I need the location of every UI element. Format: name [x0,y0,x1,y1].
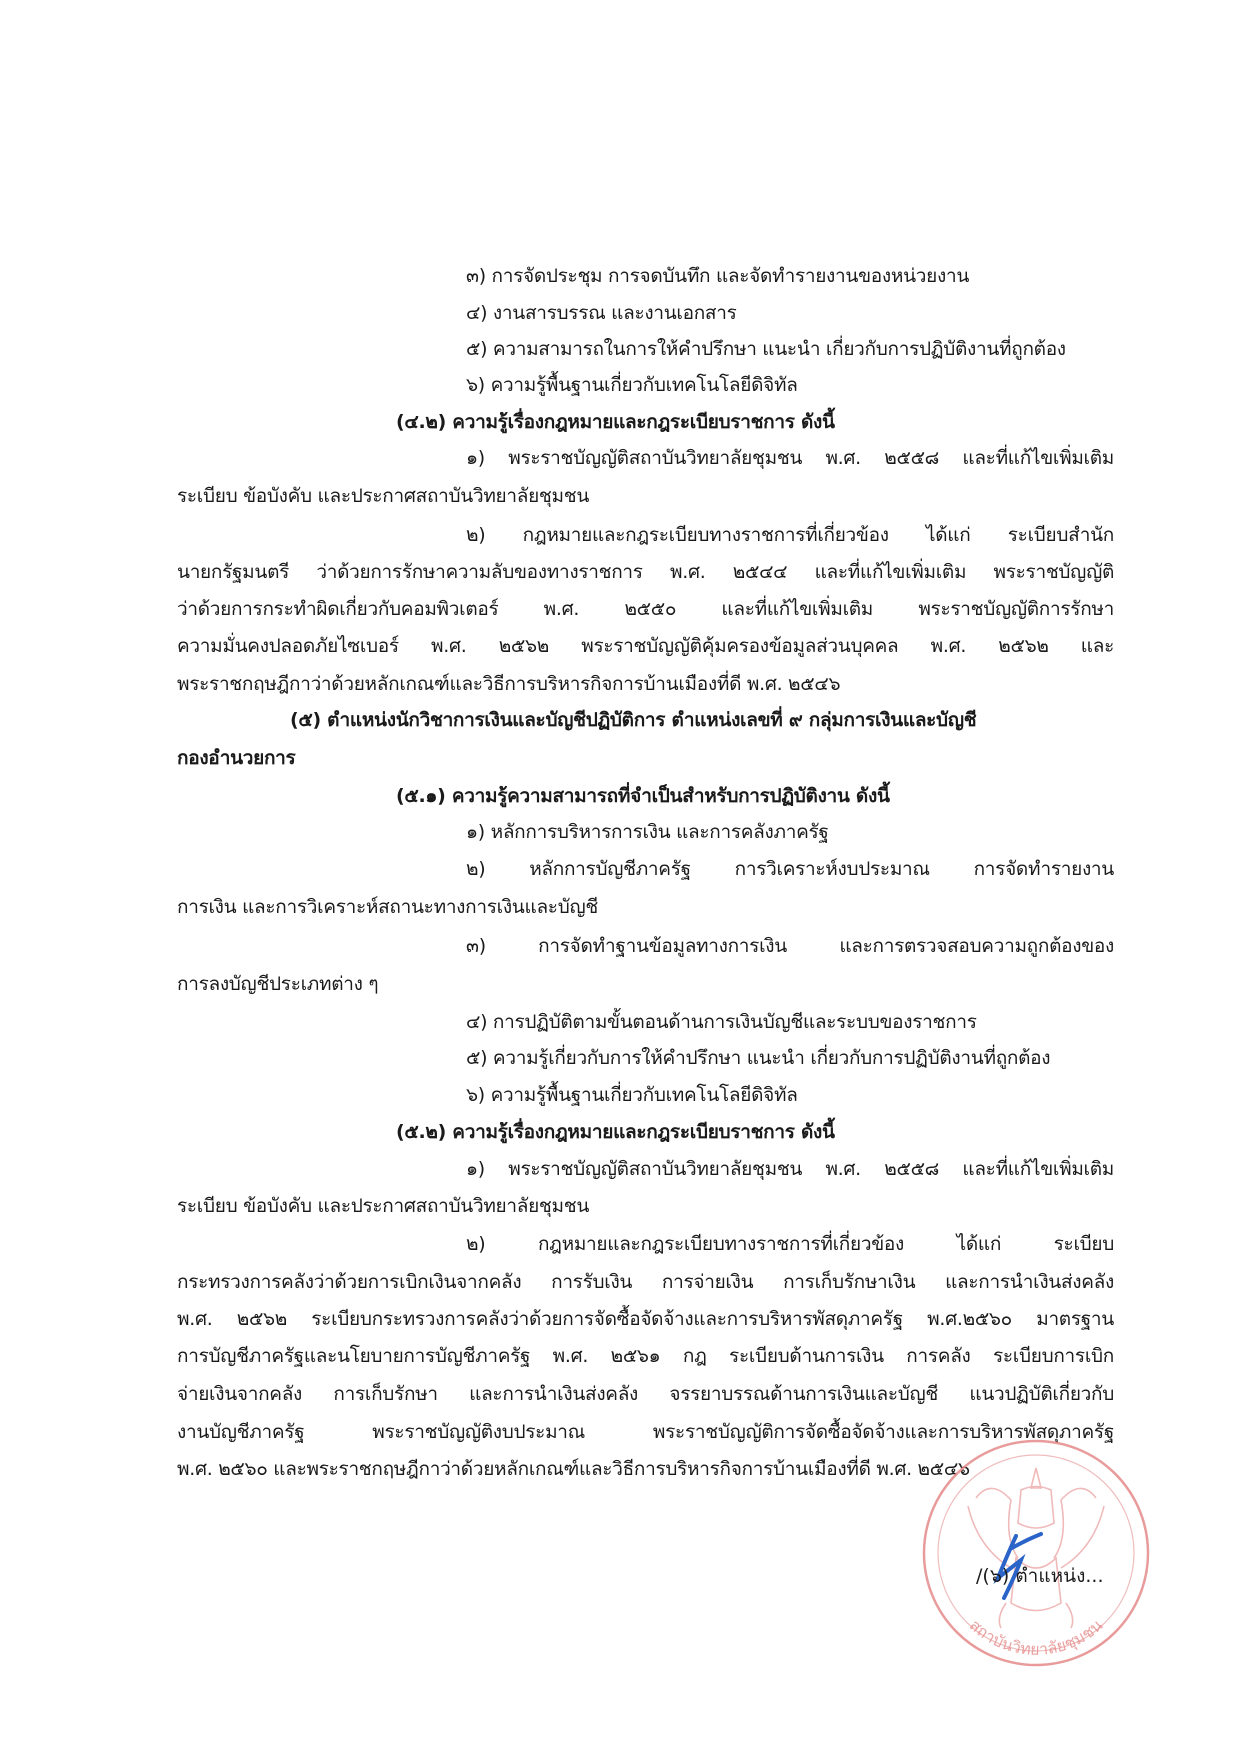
text-line: ระเบียบ ข้อบังคับ และประกาศสถาบันวิทยาลั… [177,482,589,510]
section-heading: (๕.๒) ความรู้เรื่องกฎหมายและกฎระเบียบราช… [396,1118,835,1146]
text-line: ๕) ความรู้เกี่ยวกับการให้คำปรึกษา แนะนำ … [466,1044,1050,1072]
continuation-marker: /(๖) ตำแหน่ง... [976,1562,1104,1590]
text-line: ๑) พระราชบัญญัติสถาบันวิทยาลัยชุมชน พ.ศ.… [466,444,1114,472]
text-line: การลงบัญชีประเภทต่าง ๆ [177,970,378,998]
text-line: ๖) ความรู้พื้นฐานเกี่ยวกับเทคโนโลยีดิจิท… [466,1081,798,1109]
text-line: ความมั่นคงปลอดภัยไซเบอร์ พ.ศ. ๒๕๖๒ พระรา… [177,632,1114,660]
text-line: ๒) กฎหมายและกฎระเบียบทางราชการที่เกี่ยวข… [466,1230,1114,1258]
text-line: ๖) ความรู้พื้นฐานเกี่ยวกับเทคโนโลยีดิจิท… [466,371,798,399]
section-heading: กองอำนวยการ [177,744,295,772]
text-line: ๔) งานสารบรรณ และงานเอกสาร [466,299,736,327]
text-line: ๒) หลักการบัญชีภาครัฐ การวิเคราะห์งบประม… [466,855,1114,883]
text-line: พระราชกฤษฎีกาว่าด้วยหลักเกณฑ์และวิธีการบ… [177,670,840,698]
text-line: ๕) ความสามารถในการให้คำปรึกษา แนะนำ เกี่… [466,335,1066,363]
text-line: ระเบียบ ข้อบังคับ และประกาศสถาบันวิทยาลั… [177,1192,589,1220]
text-line: การบัญชีภาครัฐและนโยบายการบัญชีภาครัฐ พ.… [177,1342,1114,1370]
text-line: นายกรัฐมนตรี ว่าด้วยการรักษาความลับของทา… [177,558,1114,586]
section-heading: (๕) ตำแหน่งนักวิชาการเงินและบัญชีปฏิบัติ… [290,706,976,734]
text-line: พ.ศ. ๒๕๖๒ ระเบียบกระทรวงการคลังว่าด้วยกา… [177,1305,1114,1333]
text-line: พ.ศ. ๒๕๖๐ และพระราชกฤษฎีกาว่าด้วยหลักเกณ… [177,1455,970,1483]
text-line: กระทรวงการคลังว่าด้วยการเบิกเงินจากคลัง … [177,1268,1114,1296]
section-heading: (๕.๑) ความรู้ความสามารถที่จำเป็นสำหรับกา… [396,782,890,810]
text-line: ๔) การปฏิบัติตามขั้นตอนด้านการเงินบัญชีแ… [466,1008,977,1036]
section-heading: (๔.๒) ความรู้เรื่องกฎหมายและกฎระเบียบราช… [396,408,835,436]
text-line: ๒) กฎหมายและกฎระเบียบทางราชการที่เกี่ยวข… [466,521,1114,549]
text-line: จ่ายเงินจากคลัง การเก็บรักษา และการนำเงิ… [177,1380,1114,1408]
text-line: ๑) หลักการบริหารการเงิน และการคลังภาครัฐ [466,818,829,846]
official-seal-stamp: สถาบันวิทยาลัยชุมชน [916,1428,1156,1688]
text-line: ๑) พระราชบัญญัติสถาบันวิทยาลัยชุมชน พ.ศ.… [466,1155,1114,1183]
text-line: ว่าด้วยการกระทำผิดเกี่ยวกับคอมพิวเตอร์ พ… [177,595,1114,623]
text-line: ๓) การจัดประชุม การจดบันทึก และจัดทำรายง… [466,262,969,290]
text-line: ๓) การจัดทำฐานข้อมูลทางการเงิน และการตรว… [466,932,1114,960]
text-line: การเงิน และการวิเคราะห์สถานะทางการเงินแล… [177,893,598,921]
garuda-seal-icon: สถาบันวิทยาลัยชุมชน [916,1428,1156,1688]
